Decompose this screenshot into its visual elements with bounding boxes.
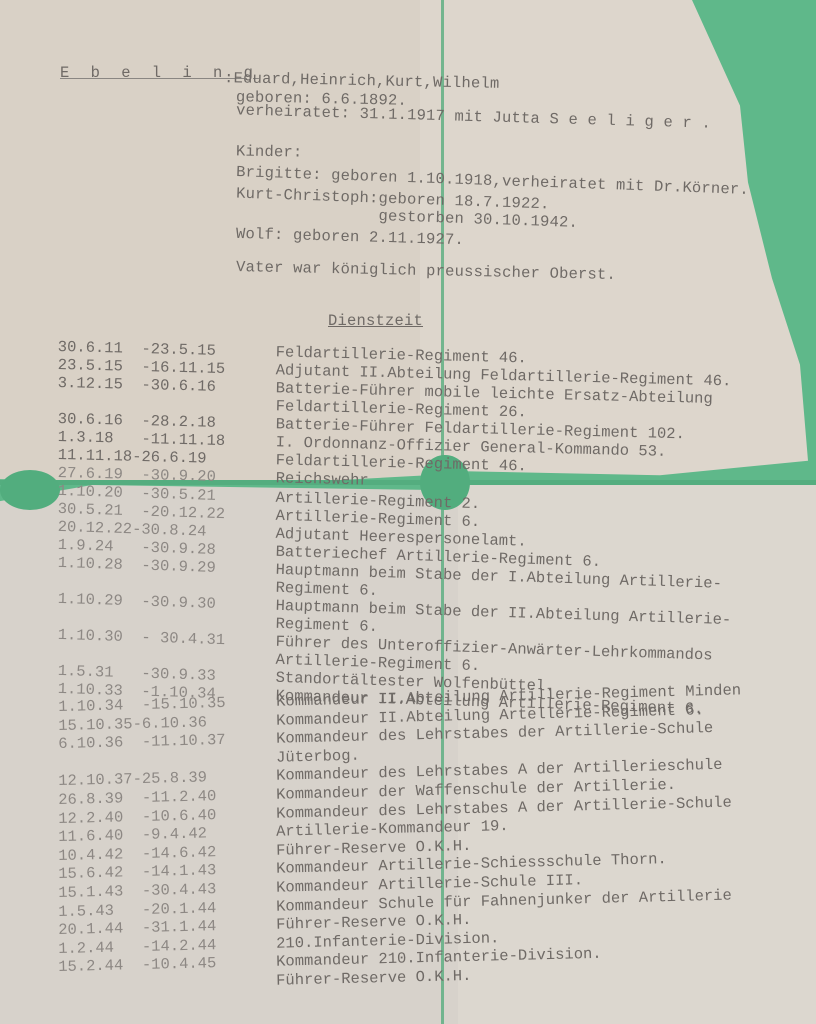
service-heading: Dienstzeit	[328, 312, 423, 330]
service-description: Reichswehr	[275, 469, 368, 489]
service-dates: 3.12.15 -30.6.16	[58, 374, 217, 396]
background-gap	[0, 470, 60, 510]
service-description: Jüterbog.	[276, 746, 360, 766]
children-heading: Kinder:	[236, 142, 303, 161]
